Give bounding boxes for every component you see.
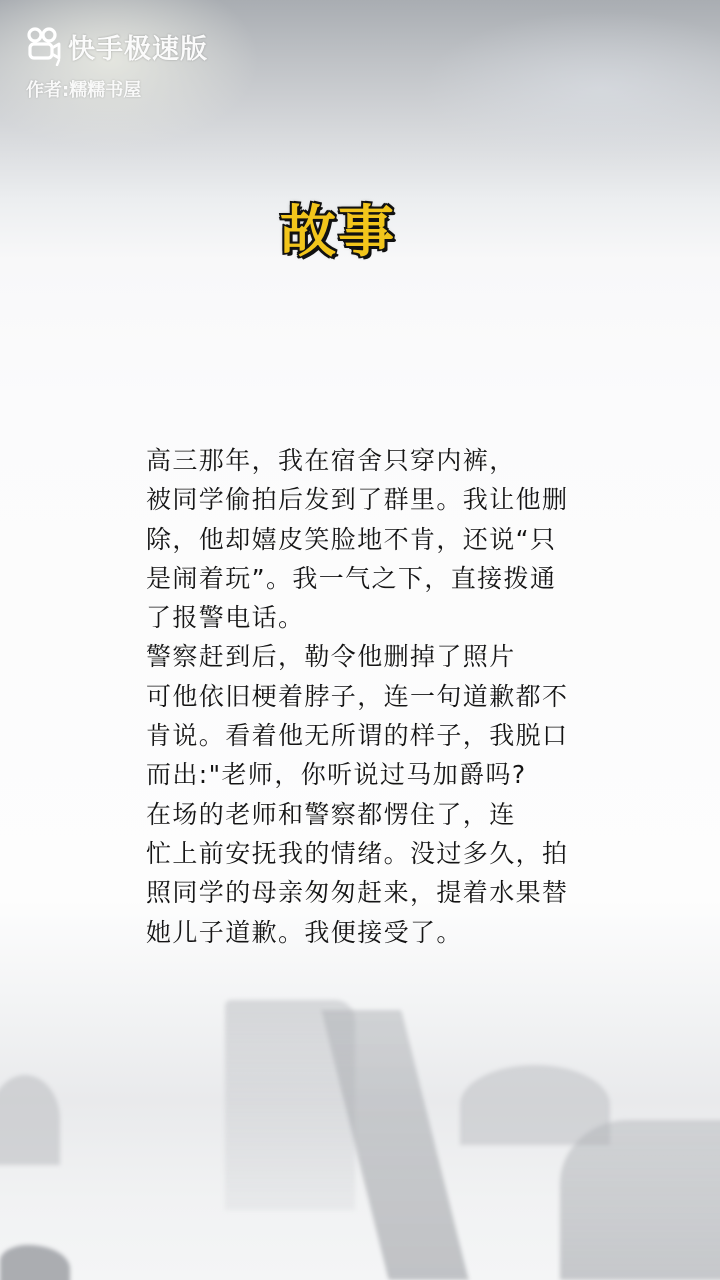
mountain-far-left (0, 1075, 60, 1165)
app-name: 快手极速版 (68, 27, 208, 66)
story-line: 除，他却嬉皮笑脸地不肯，还说“只 (146, 520, 586, 559)
story-line: 肯说。看着他无所谓的样子，我脱口 (146, 716, 586, 755)
story-line: 了报警电话。 (146, 598, 586, 637)
story-line: 在场的老师和警察都愣住了，连 (146, 795, 586, 834)
story-title: 故事 (280, 188, 396, 268)
app-watermark: 快手极速版 (26, 26, 208, 66)
story-line: 被同学偷拍后发到了群里。我让他删 (146, 480, 586, 519)
story-line: 忙上前安抚我的情绪。没过多久，拍 (146, 834, 586, 873)
story-line: 是闹着玩”。我一气之下，直接拨通 (146, 559, 586, 598)
title-text: 故事 (280, 199, 396, 265)
story-line: 她儿子道歉。我便接受了。 (146, 913, 586, 952)
kuaishou-logo-icon (26, 26, 62, 66)
story-line: 可他依旧梗着脖子，连一句道歉都不 (146, 677, 586, 716)
story-text: 高三那年，我在宿舍只穿内裤， 被同学偷拍后发到了群里。我让他删 除，他却嬉皮笑脸… (146, 441, 586, 952)
story-line: 高三那年，我在宿舍只穿内裤， (146, 441, 586, 480)
cloud-right (420, 10, 720, 170)
mountain-right-slope (560, 1120, 720, 1280)
story-line: 而出:"老师，你听说过马加爵吗? (146, 755, 586, 794)
rock-bottom-left (0, 1245, 70, 1280)
story-line: 警察赶到后，勒令他删掉了照片 (146, 637, 586, 676)
author-credit: 作者:糯糯书屋 (26, 76, 141, 102)
story-line: 照同学的母亲匆匆赶来，提着水果替 (146, 873, 586, 912)
cloud-left (0, 0, 260, 150)
